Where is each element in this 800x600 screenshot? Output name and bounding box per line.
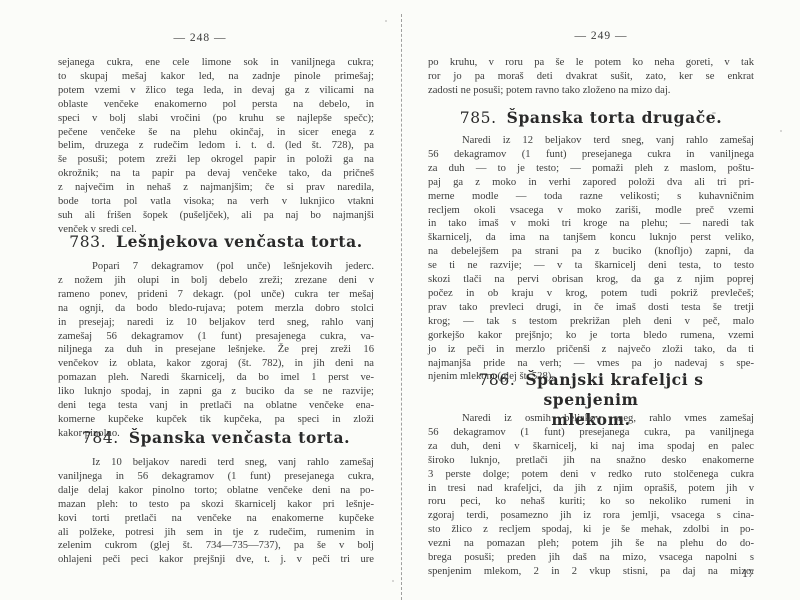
continued-text: po kruhu, v roru pa še le potem ko neha … [428,56,754,98]
text-line: prav tako prevleci drugi, in če imaš dos… [428,301,754,315]
scan-speck [385,20,387,22]
page-number-249: — 249 — [402,30,800,42]
text-line: z največim in nehaš z najmanjšim; če si … [58,181,374,195]
text-line: krog; — tak s testom prekrižan pleh deni… [428,315,754,329]
scan-speck [780,130,782,132]
text-line: z nožem jih olupi in bolj debelo zreži; … [58,274,374,288]
text-line: suh ali frišen šopek (pušeljček), ali pa… [58,209,374,223]
recipe-title: Španska venčasta torta. [129,428,350,447]
text-line: zamešaj 56 dekagramov (1 funt) presajene… [58,330,374,344]
scan-speck [392,580,394,582]
text-line: zelenim cukrom (glej št. 734—735—737), p… [58,539,374,553]
text-line: deni tega testa vanj in pretlači na obla… [58,399,374,413]
text-line: Naredi iz 12 beljakov terd sneg, vanj ra… [428,134,754,148]
text-line: merne modle — toda razne velikosti; s ku… [428,190,754,204]
text-line: na ognji, da bodo bledo-rujava; potem me… [58,302,374,316]
recipe-title: Lešnjekova venčasta torta. [116,232,363,251]
text-line: počez in ob kraju v krog, potem tudi pok… [428,287,754,301]
text-line: okrožnik; na ta papir pa devaj venčeke t… [58,167,374,181]
text-line: to skupaj mešaj kakor led, na zadnje pin… [58,70,374,84]
text-line: Naredi iz osmih beljakov sneg, rahlo vme… [428,412,754,426]
text-line: za duh — to je testo; — pomaži pleh z ma… [428,162,754,176]
text-line: in tresi nad krafeljci, da jih z njim op… [428,482,754,496]
text-line: pomazan pleh. Naredi škarnicelj, da bo i… [58,371,374,385]
recipe-body-786: Naredi iz osmih beljakov sneg, rahlo vme… [428,412,754,579]
text-line: škarnicelj, da ima na tanjšem koncu lukn… [428,231,754,245]
recipe-title: Španska torta drugače. [507,108,723,127]
text-line: recljem okoli vsacega v moko zariši, mod… [428,204,754,218]
text-line: potem vzemi v žlico tega leda, in devaj … [58,84,374,98]
recipe-heading-783: 783. Lešnjekova venčasta torta. [58,232,374,251]
recipe-number: 785. [460,109,497,127]
scan-speck [712,112,716,114]
text-line: 3 perste dolge; potem deni v redko ruto … [428,468,754,482]
text-line: komerne kupčeke kupček tik kupčeka, pa s… [58,413,374,427]
text-line: brega posuši; preden jih daš na mizo, vs… [428,551,754,565]
text-line: ohlajeni peči peci kakor prejšnji dve, t… [58,553,374,567]
recipe-heading-785: 785. Španska torta drugače. [428,108,754,127]
text-line: niljnega za duh in presejane lešnjeke. Ž… [58,343,374,357]
text-line: oblaste venčeke enakomerno pol persta na… [58,98,374,112]
text-line: in tako imaš v moki tri kroge na plehu; … [428,217,754,231]
text-line: ali polžeke, potresi jih sem in tje z ru… [58,526,374,540]
recipe-number: 786. [478,371,515,389]
recipe-body-784: Iz 10 beljakov naredi terd sneg, vanj ra… [58,456,374,567]
text-line: široko luknjo, pretlači jih na snažno de… [428,454,754,468]
text-line: še posuši; potem zreži lep okrogel papir… [58,153,374,167]
recipe-body-785: Naredi iz 12 beljakov terd sneg, vanj ra… [428,134,754,384]
text-line: jo iz peči in merzlo pričenši z največo … [428,343,754,357]
text-line: skozi tlači na pervi obrisan krog, da ga… [428,273,754,287]
text-line: 56 dekagramov (1 funt) presejanega cukra… [428,148,754,162]
text-line: roru peci, ko nehaš kuriti; ko so nekoli… [428,495,754,509]
recipe-heading-784: 784. Španska venčasta torta. [58,428,374,447]
book-spread: — 248 — sejanega cukra, ene cele limone … [0,0,800,600]
text-line: mazan pleh: to testo pa skozi škarnicelj… [58,498,374,512]
signature-mark: 17 [742,566,754,581]
text-line: za duh, deni v škarnicelj, ki naj ima sp… [428,440,754,454]
text-line: venčekov iz oblata, kakor zgoraj (št. 78… [58,357,374,371]
text-line: liko luknjo spodaj, in zapni ga z bucikо… [58,385,374,399]
text-line: rameno ponev, prideni 7 dekagr. (pol unč… [58,288,374,302]
text-line: se ti ne razvije; — v ta škarnicelj deni… [428,259,754,273]
text-line: bode torta pol vatla visoka; na verh v l… [58,195,374,209]
text-line: najmanjša pride na verh; — vmes pa jo na… [428,357,754,371]
recipe-number: 784. [82,429,119,447]
recipe-body-783: Popari 7 dekagramov (pol unče) lešnjekov… [58,260,374,441]
text-line: Iz 10 beljakov naredi terd sneg, vanj ra… [58,456,374,470]
text-line: vezni na pomazan pleh; potem jih še na p… [428,537,754,551]
text-line: zgoraj terdi, posamezno jih iz rora jeml… [428,509,754,523]
text-line: vaniljnega in 56 dekagramov (1 funt) pre… [58,470,374,484]
continued-text: sejanega cukra, ene cele limone sok in v… [58,56,374,237]
page-number-248: — 248 — [0,32,400,44]
text-line: sto žlico z recljem spodaj, ki je še meh… [428,523,754,537]
text-line: Popari 7 dekagramov (pol unče) lešnjekov… [58,260,374,274]
text-line: na debelejšem pa strani pa z buciko (kno… [428,245,754,259]
text-line: gorkejšo kakor prejšnjo; ko je torta ble… [428,329,754,343]
text-line: ror jo pa moraš deti dvakrat sušit, zato… [428,70,754,84]
text-line: kovi torti pretlači na venčeke na enakom… [58,512,374,526]
recipe-title-line-1: Španjski krafeljci s spenjenim [525,370,703,409]
text-line: belim, druzega z rudečim ledom i. t. d. … [58,139,374,153]
text-line: speci v bolj slabi vročini (po kruhu se … [58,112,374,126]
text-line: dalje delaj kakor pinolno torto; oblatne… [58,484,374,498]
text-line: paj ga z moko in verhi zapored položi dv… [428,176,754,190]
recipe-number: 783. [69,233,106,251]
text-line: sejanega cukra, ene cele limone sok in v… [58,56,374,70]
text-line: spenjenim mlekom, 2 in 2 vkup stisni, pa… [428,565,754,579]
text-line: zadosti ne posuši; potem ravno tako zlož… [428,84,754,98]
text-line: pečene venčeke še na plehu okinčaj, in s… [58,126,374,140]
left-page: — 248 — sejanega cukra, ene cele limone … [0,0,400,600]
text-line: 56 dekagramov (1 funt) presejanega cukra… [428,426,754,440]
right-page: — 249 — po kruhu, v roru pa še le potem … [402,0,800,600]
text-line: po kruhu, v roru pa še le potem ko neha … [428,56,754,70]
text-line: in presejaj; naredi iz 10 beljakov terd … [58,316,374,330]
